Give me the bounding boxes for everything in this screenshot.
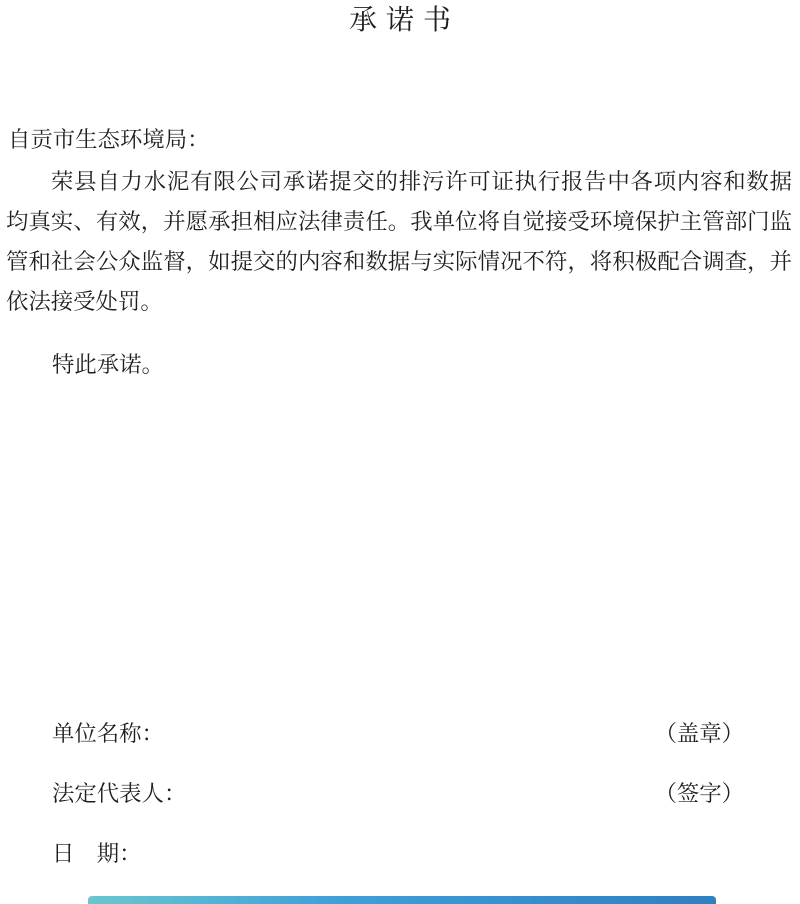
unit-name-row: 单位名称： （盖章） — [0, 714, 800, 754]
legal-rep-label: 法定代表人： — [52, 774, 186, 814]
closing-statement: 特此承诺。 — [52, 345, 164, 385]
document-title: 承诺书 — [0, 0, 800, 42]
body-paragraph: 荣县自力水泥有限公司承诺提交的排污许可证执行报告中各项内容和数据 均真实、有效，… — [6, 162, 792, 322]
seal-note: （盖章） — [654, 714, 744, 754]
next-section-header-strip — [88, 896, 716, 904]
date-row: 日 期： — [0, 834, 800, 874]
body-line-4: 依法接受处罚。 — [6, 282, 792, 322]
unit-name-label: 单位名称： — [52, 714, 164, 754]
date-label: 日 期： — [52, 834, 142, 874]
body-line-2: 均真实、有效，并愿承担相应法律责任。我单位将自觉接受环境保护主管部门监 — [6, 202, 792, 242]
salutation-line: 自贡市生态环境局： — [8, 120, 792, 160]
commitment-letter-page: 承诺书 自贡市生态环境局： 荣县自力水泥有限公司承诺提交的排污许可证执行报告中各… — [0, 0, 800, 904]
signature-note: （签字） — [654, 774, 744, 814]
body-line-1: 荣县自力水泥有限公司承诺提交的排污许可证执行报告中各项内容和数据 — [6, 162, 792, 202]
legal-representative-row: 法定代表人： （签字） — [0, 774, 800, 814]
body-line-3: 管和社会公众监督，如提交的内容和数据与实际情况不符，将积极配合调查，并 — [6, 242, 792, 282]
